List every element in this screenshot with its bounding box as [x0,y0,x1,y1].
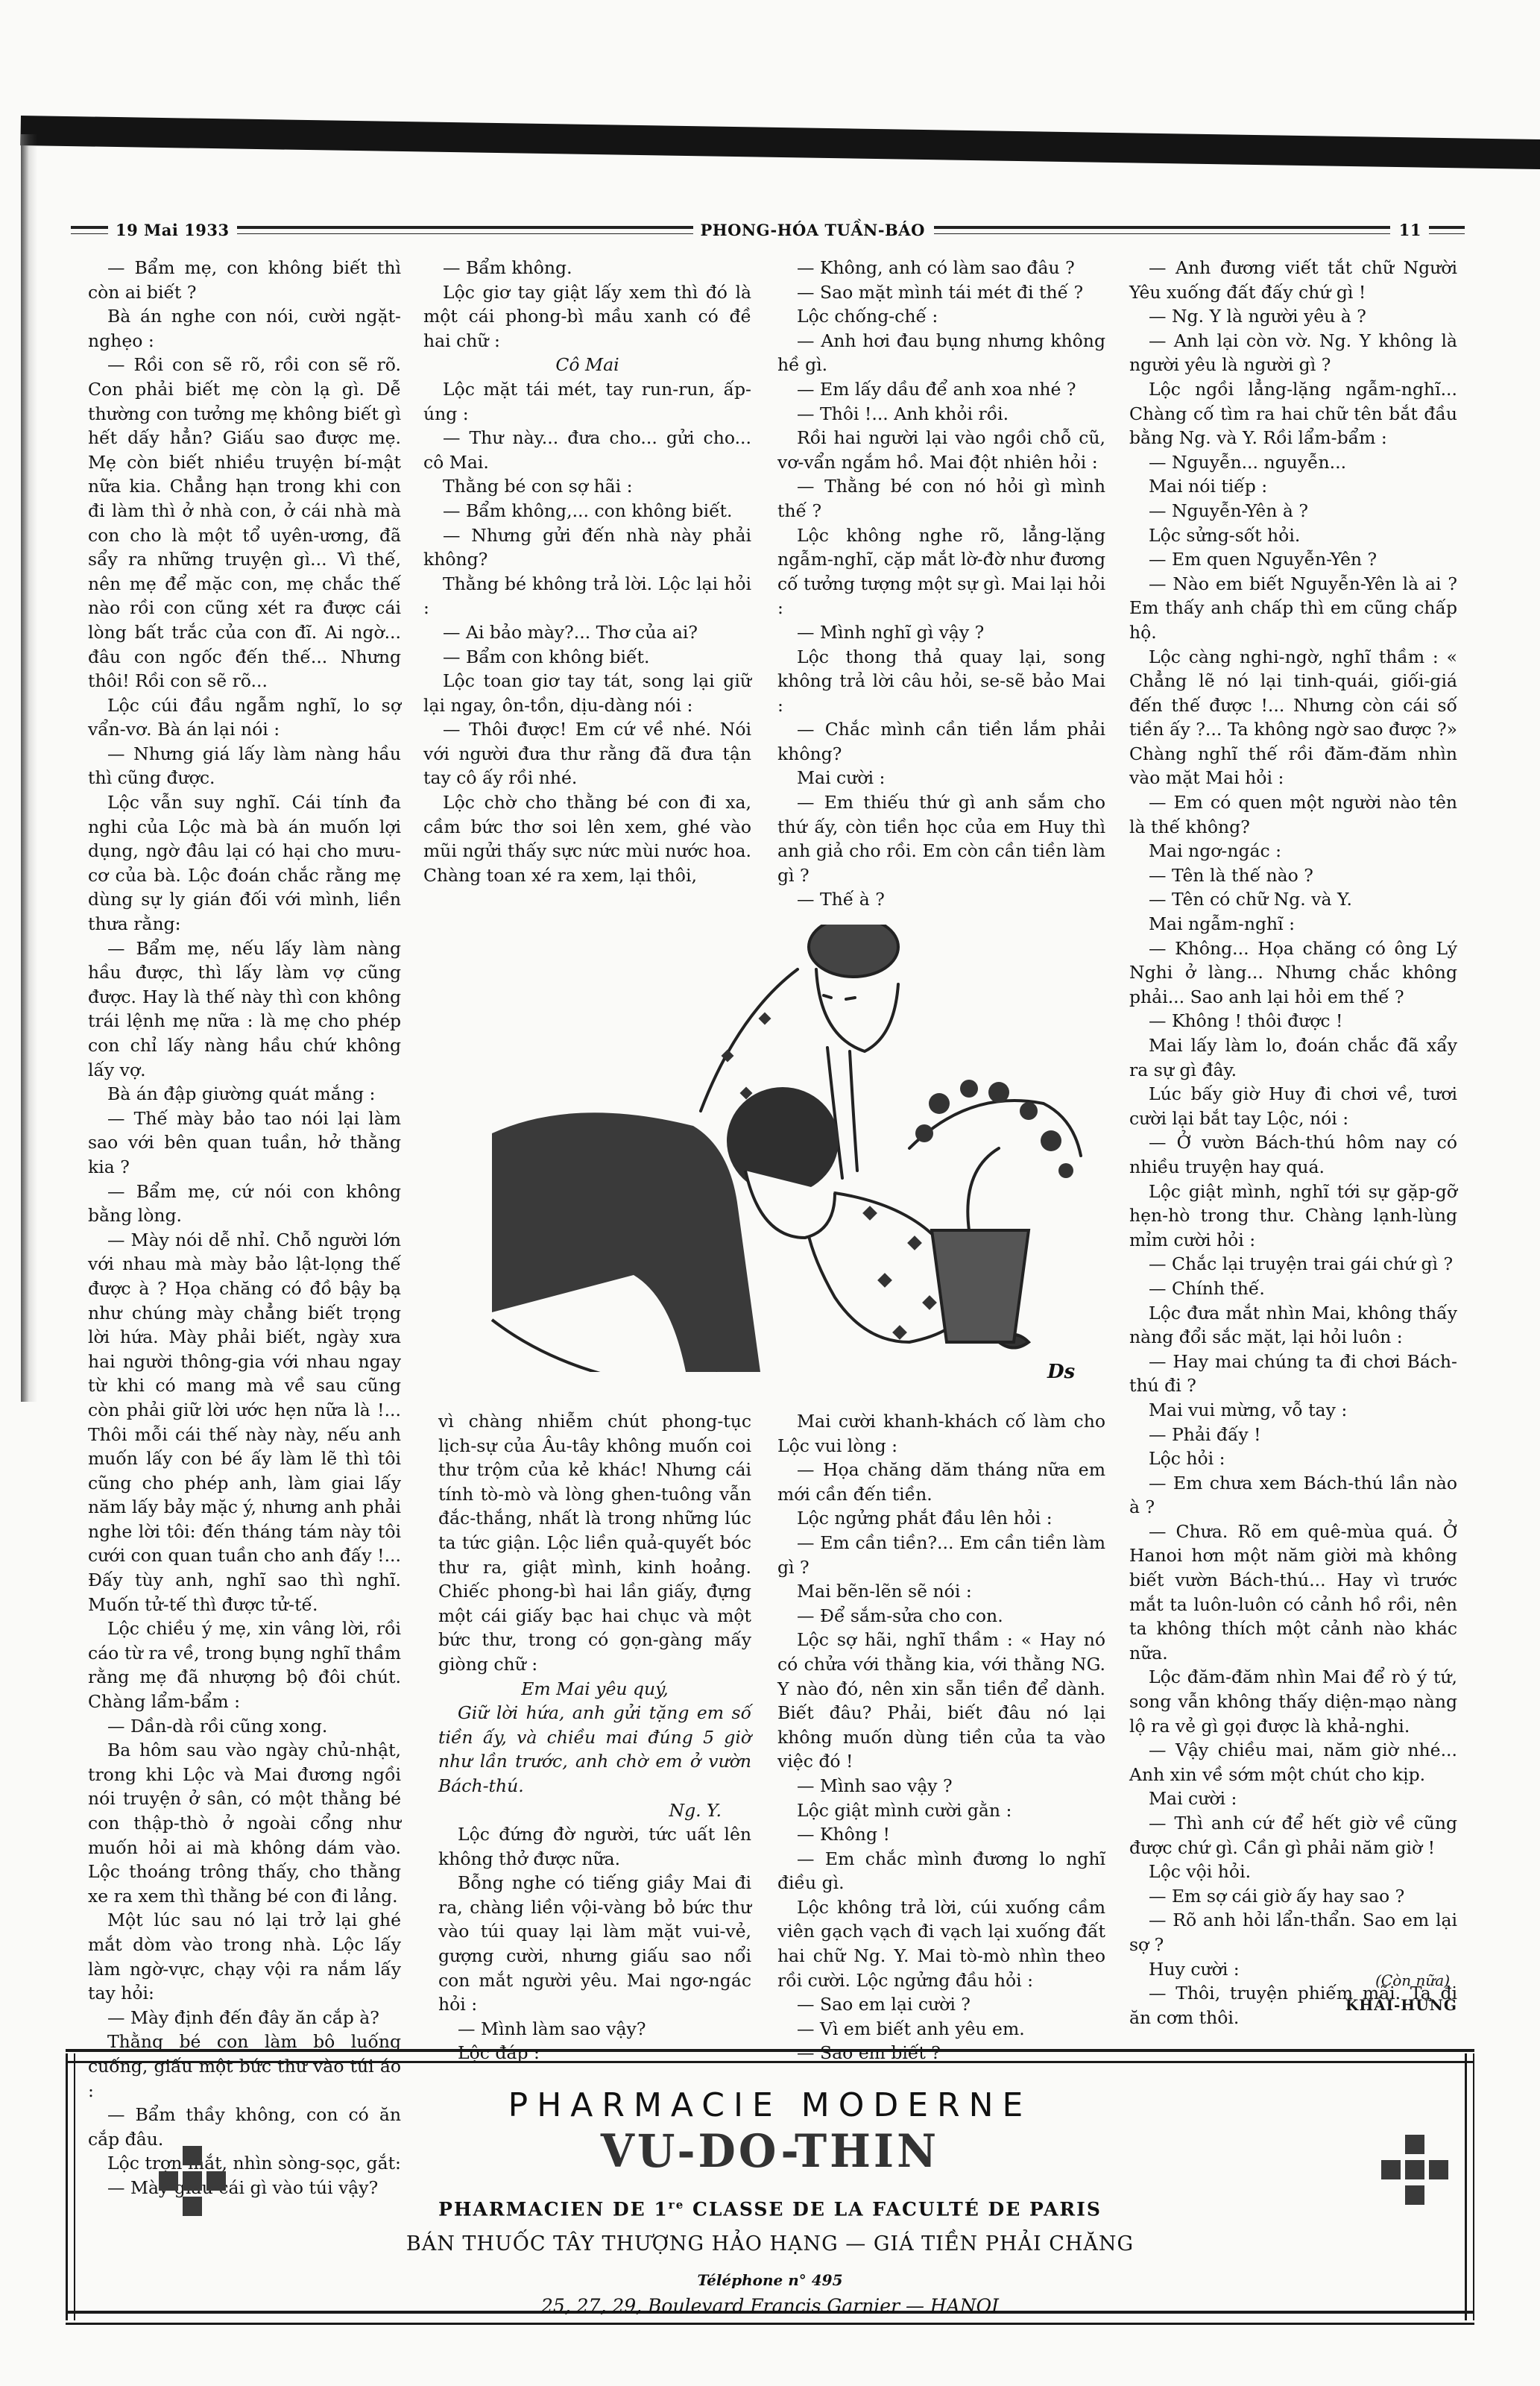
ad-credential-prefix: PHARMACIEN DE 1 [438,2198,669,2220]
story-paragraph: — Em quen Nguyễn-Yên ? [1129,547,1457,572]
story-paragraph: — Nào em biết Nguyễn-Yên là ai ? Em thấy… [1129,572,1457,645]
story-paragraph: — Mình nghĩ gì vậy ? [777,620,1105,645]
story-paragraph: Lộc thong thả quay lại, song không trả l… [777,645,1105,718]
header-rule [237,226,693,234]
story-paragraph: — Vì em biết anh yêu em. [777,2017,1105,2042]
story-paragraph: — Em có quen một người nào tên là thế kh… [1129,790,1457,839]
issue-date: 19 Mai 1933 [116,221,230,239]
story-signoff: (Còn nữa) KHÁI-HƯNG [1129,1968,1457,2017]
story-paragraph: — Mày nói dễ nhỉ. Chỗ người lớn với nhau… [88,1228,401,1617]
story-paragraph: — Không... Họa chăng có ông Lý Nghi ở là… [1129,937,1457,1010]
story-paragraph: Lộc không nghe rõ, lẳng-lặng ngẫm-nghĩ, … [777,523,1105,620]
story-paragraph: Bỗng nghe có tiếng giầy Mai đi ra, chàng… [438,1871,751,2017]
story-paragraph: — Nguyễn-Yên à ? [1129,499,1457,523]
story-paragraph: — Chính thế. [1129,1277,1457,1301]
story-column-2-bottom: vì chàng nhiễm chút phong-tục lịch-sự củ… [438,1409,751,2065]
story-paragraph: — Dần-dà rồi cũng xong. [88,1714,401,1739]
story-paragraph: — Không, anh có làm sao đâu ? [777,256,1105,280]
ad-credential: PHARMACIEN DE 1re CLASSE DE LA FACULTÉ D… [66,2198,1474,2220]
story-paragraph: — Ở vườn Bách-thú hôm nay có nhiều truyệ… [1129,1130,1457,1179]
story-paragraph: — Anh đương viết tắt chữ Người Yêu xuống… [1129,256,1457,304]
story-column-3-top: — Không, anh có làm sao đâu ?— Sao mặt m… [777,256,1105,912]
story-paragraph: — Sao em lại cười ? [777,1992,1105,2017]
story-paragraph: — Họa chăng dăm tháng nữa em mới cần đến… [777,1458,1105,1506]
story-paragraph: Giữ lời hứa, anh gửi tặng em số tiền ấy,… [438,1701,751,1798]
to-be-continued: (Còn nữa) [1129,1968,1457,1993]
story-paragraph: Lộc đưa mắt nhìn Mai, không thấy nàng đổ… [1129,1301,1457,1350]
story-paragraph: Em Mai yêu quý, [438,1677,751,1702]
story-paragraph: Lộc vội hỏi. [1129,1860,1457,1884]
header-rule [1429,226,1465,234]
story-paragraph: — Thế mày bảo tao nói lại làm sao với bê… [88,1107,401,1180]
story-paragraph: Lộc mặt tái mét, tay run-run, ấp-úng : [423,377,751,426]
story-paragraph: Lộc hỏi : [1129,1447,1457,1471]
story-paragraph: — Mình làm sao vậy? [438,2017,751,2042]
story-column-3-bottom: Mai cười khanh-khách cố làm cho Lộc vui … [777,1409,1105,2065]
story-paragraph: — Ng. Y là người yêu à ? [1129,304,1457,329]
story-paragraph: — Em chưa xem Bách-thú lần nào à ? [1129,1471,1457,1520]
header-rule [934,226,1390,234]
story-paragraph: — Bẩm không,... con không biết. [423,499,751,523]
story-paragraph: Cô Mai [423,353,751,377]
story-paragraph: Lộc toan giơ tay tát, song lại giữ lại n… [423,669,751,717]
ad-telephone: Téléphone n° 495 [66,2271,1474,2289]
story-paragraph: Lộc đứng đờ người, tức uất lên không thở… [438,1822,751,1871]
story-paragraph: Lộc càng nghi-ngờ, nghĩ thầm : « Chẳng l… [1129,645,1457,791]
pharmacy-advertisement: PHARMACIE MODERNE VU-DO-THIN PHARMACIEN … [66,2049,1474,2325]
story-paragraph: — Chưa. Rõ em quê-mùa quá. Ở Hanoi hơn m… [1129,1520,1457,1666]
story-paragraph: — Thế à ? [777,887,1105,912]
story-paragraph: — Bẩm con không biết. [423,645,751,670]
story-paragraph: Lộc giật mình cười gằn : [777,1798,1105,1823]
story-paragraph: — Rồi con sẽ rõ, rồi con sẽ rõ. Con phải… [88,353,401,693]
story-paragraph: Lộc đăm-đăm nhìn Mai để rò ý tứ, song vẫ… [1129,1665,1457,1738]
story-paragraph: Lộc không trả lời, cúi xuống cầm viên gạ… [777,1895,1105,1992]
story-column-2-top: — Bẩm không.Lộc giơ tay giật lấy xem thì… [423,256,751,887]
story-paragraph: Mai lấy làm lo, đoán chắc đã xẩy ra sự g… [1129,1033,1457,1082]
story-paragraph: — Chắc lại truyện trai gái chứ gì ? [1129,1252,1457,1277]
header-rule [71,226,108,234]
story-paragraph: — Em lấy dầu để anh xoa nhé ? [777,377,1105,402]
story-paragraph: — Không ! [777,1822,1105,1847]
story-paragraph: — Phải đấy ! [1129,1423,1457,1447]
story-paragraph: Ng. Y. [438,1798,751,1823]
ad-address: 25, 27, 29, Boulevard Francis Garnier — … [66,2295,1474,2317]
story-illustration [447,925,1118,1372]
story-paragraph: Mai cười : [777,766,1105,790]
story-paragraph: — Ai bảo mày?... Thơ của ai? [423,620,751,645]
story-paragraph: Bà án đập giường quát mắng : [88,1082,401,1107]
story-paragraph: Mai ngơ-ngác : [1129,839,1457,863]
story-paragraph: — Nhưng giá lấy làm nàng hầu thì cũng đư… [88,742,401,790]
illustrator-signature: Ds [1047,1361,1075,1383]
story-paragraph: — Em chắc mình đương lo nghĩ điều gì. [777,1847,1105,1895]
story-paragraph: Lộc sợ hãi, nghĩ thầm : « Hay nó có chửa… [777,1628,1105,1774]
story-paragraph: — Mình sao vậy ? [777,1774,1105,1798]
author-name: KHÁI-HƯNG [1129,1993,1457,2018]
story-paragraph: — Anh lại còn vờ. Ng. Y không là người y… [1129,329,1457,377]
story-paragraph: Rồi hai người lại vào ngồi chỗ cũ, vơ-vẩ… [777,426,1105,474]
story-paragraph: Thằng bé con sợ hãi : [423,474,751,499]
story-paragraph: Lộc vẫn suy nghĩ. Cái tính đa nghi của L… [88,790,401,937]
story-paragraph: Lộc ngửng phắt đầu lên hỏi : [777,1506,1105,1531]
story-paragraph: Lộc chống-chế : [777,304,1105,329]
scan-left-shadow [21,134,37,1402]
story-paragraph: Bà án nghe con nói, cười ngặt-nghẹo : [88,304,401,353]
story-paragraph: — Em cần tiền?... Em cần tiền làm gì ? [777,1531,1105,1579]
story-paragraph: — Rõ anh hỏi lẩn-thẩn. Sao em lại sợ ? [1129,1908,1457,1957]
story-paragraph: — Nguyễn... nguyễn... [1129,450,1457,475]
story-paragraph: — Em thiếu thứ gì anh sắm cho thứ ấy, cò… [777,790,1105,887]
story-paragraph: — Thôi được! Em cứ về nhé. Nói với người… [423,717,751,790]
story-paragraph: — Để sắm-sửa cho con. [777,1604,1105,1628]
story-paragraph: Ba hôm sau vào ngày chủ-nhật, trong khi … [88,1738,401,1908]
ad-brand-name: VU-DO-THIN [66,2124,1474,2177]
story-paragraph: — Tên có chữ Ng. và Y. [1129,887,1457,912]
story-paragraph: — Tên là thế nào ? [1129,863,1457,888]
story-paragraph: Mai cười khanh-khách cố làm cho Lộc vui … [777,1409,1105,1458]
story-paragraph: — Anh hơi đau bụng nhưng không hề gì. [777,329,1105,377]
story-paragraph: Mai vui mừng, vỗ tay : [1129,1398,1457,1423]
story-paragraph: Lúc bấy giờ Huy đi chơi về, tươi cười lạ… [1129,1082,1457,1130]
ad-title: PHARMACIE MODERNE [66,2086,1474,2124]
story-paragraph: — Vậy chiều mai, năm giờ nhé... Anh xin … [1129,1738,1457,1787]
story-paragraph: — Thì anh cứ để hết giờ về cũng được chứ… [1129,1811,1457,1860]
ad-credential-suffix: CLASSE DE LA FACULTÉ DE PARIS [684,2198,1102,2220]
story-paragraph: Lộc chiều ý mẹ, xin vâng lời, rồi cáo từ… [88,1617,401,1713]
story-paragraph: — Mày định đến đây ăn cắp à? [88,2006,401,2030]
story-paragraph: Thằng bé không trả lời. Lộc lại hỏi : [423,572,751,620]
story-paragraph: — Bẩm không. [423,256,751,280]
story-paragraph: Mai cười : [1129,1787,1457,1811]
story-paragraph: — Không ! thôi được ! [1129,1009,1457,1033]
story-paragraph: Lộc ngồi lẳng-lặng ngẫm-nghĩ... Chàng cố… [1129,377,1457,450]
scan-edge-band [20,116,1540,169]
story-paragraph: Lộc sửng-sốt hỏi. [1129,523,1457,548]
ad-slogan: BÁN THUỐC TÂY THƯỢNG HẢO HẠNG — GIÁ TIỀN… [66,2232,1474,2256]
story-paragraph: — Bẩm mẹ, cứ nói con không bằng lòng. [88,1180,401,1228]
story-paragraph: Lộc giơ tay giật lấy xem thì đó là một c… [423,280,751,353]
page-header: 19 Mai 1933 PHONG-HÓA TUẦN-BÁO 11 [71,218,1465,241]
story-column-4: — Anh đương viết tắt chữ Người Yêu xuống… [1129,256,1457,2030]
story-paragraph: Mai ngẫm-nghĩ : [1129,912,1457,937]
publication-title: PHONG-HÓA TUẦN-BÁO [701,221,925,239]
page-number: 11 [1399,221,1421,239]
story-paragraph: Lộc giật mình, nghĩ tới sự gặp-gỡ hẹn-hò… [1129,1180,1457,1253]
story-paragraph: — Chắc mình cần tiền lắm phải không? [777,717,1105,766]
story-paragraph: — Thằng bé con nó hỏi gì mình thế ? [777,474,1105,523]
story-paragraph: — Em sợ cái giờ ấy hay sao ? [1129,1884,1457,1909]
story-paragraph: — Sao mặt mình tái mét đi thế ? [777,280,1105,305]
story-paragraph: — Hay mai chúng ta đi chơi Bách-thú đi ? [1129,1350,1457,1398]
story-paragraph: — Bẩm mẹ, nếu lấy làm nàng hầu được, thì… [88,937,401,1083]
story-paragraph: — Bẩm mẹ, con không biết thì còn ai biết… [88,256,401,304]
story-column-1: — Bẩm mẹ, con không biết thì còn ai biết… [88,256,401,2200]
story-paragraph: Lộc chờ cho thằng bé con đi xa, cầm bức … [423,790,751,887]
story-paragraph: Mai bẽn-lẽn sẽ nói : [777,1579,1105,1604]
story-paragraph: — Nhưng gửi đến nhà này phải không? [423,523,751,572]
story-paragraph: vì chàng nhiễm chút phong-tục lịch-sự củ… [438,1409,751,1677]
story-paragraph: Mai nói tiếp : [1129,474,1457,499]
story-paragraph: — Thôi !... Anh khỏi rồi. [777,402,1105,426]
ad-credential-sup: re [669,2198,684,2212]
story-paragraph: Một lúc sau nó lại trở lại ghé mắt dòm v… [88,1908,401,2005]
story-paragraph: — Thư này... đưa cho... gửi cho... cô Ma… [423,426,751,474]
couple-garden-drawing-icon [447,925,1118,1372]
story-paragraph: Lộc cúi đầu ngẫm nghĩ, lo sợ vẩn-vơ. Bà … [88,693,401,742]
